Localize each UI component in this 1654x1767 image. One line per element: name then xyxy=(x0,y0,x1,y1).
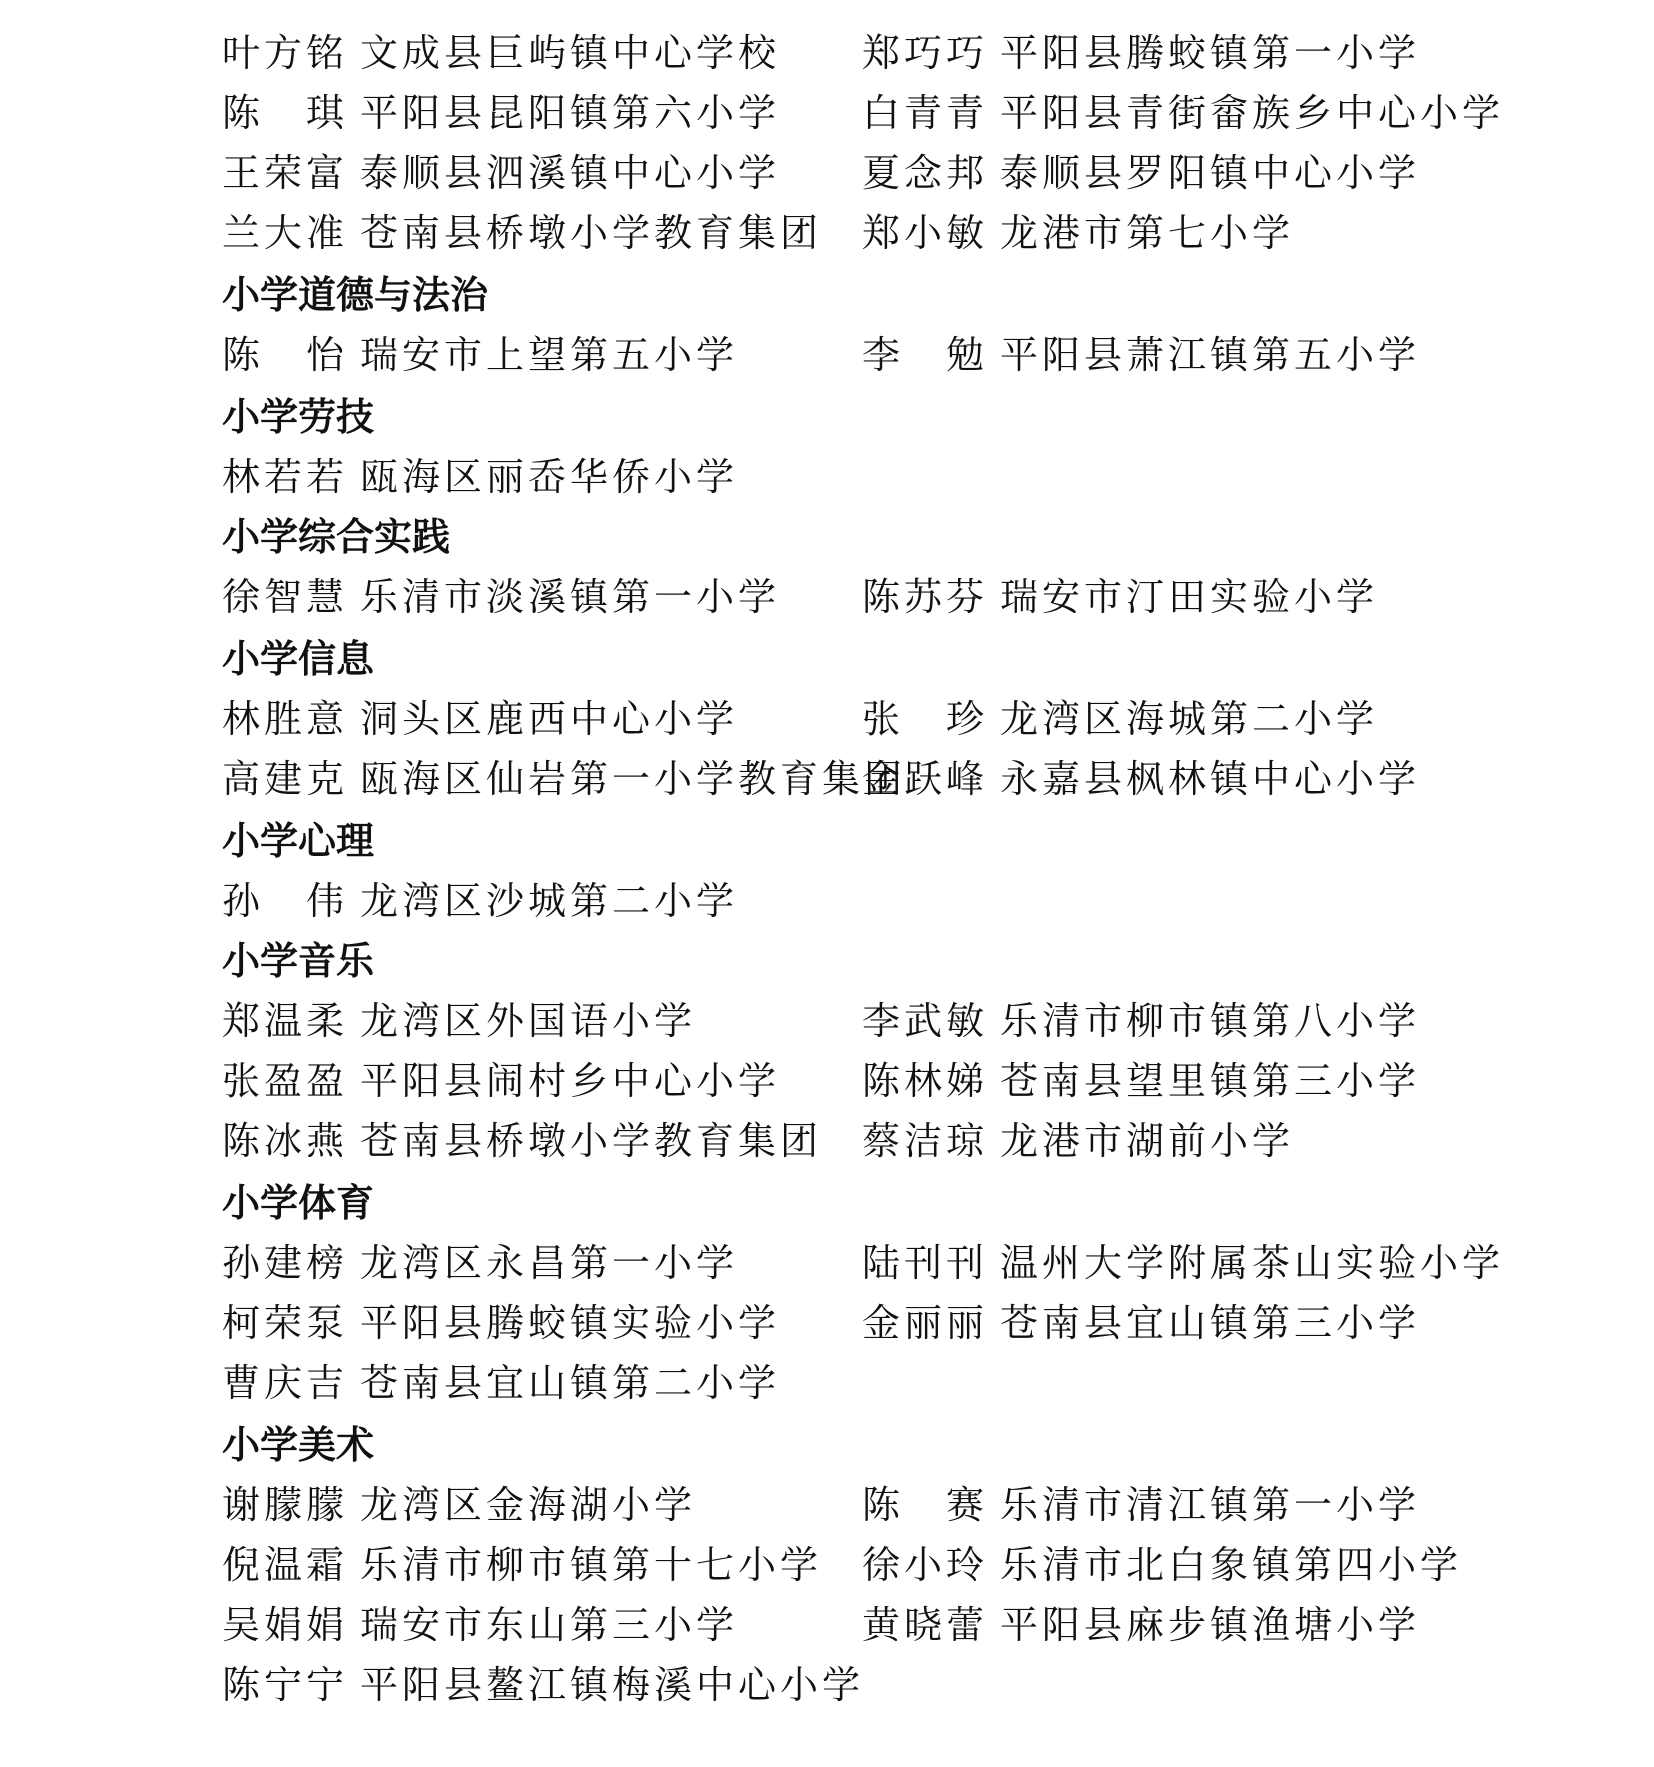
school-name: 平阳县鳌江镇梅溪中心小学 xyxy=(360,1660,864,1710)
school-name: 乐清市清江镇第一小学 xyxy=(1000,1480,1420,1530)
school-name: 龙湾区海城第二小学 xyxy=(1000,694,1378,744)
teacher-entry: 倪温霜乐清市柳市镇第十七小学 xyxy=(222,1540,822,1590)
teacher-name: 陆刊刊 xyxy=(862,1238,1000,1288)
entry-row: 陈冰燕苍南县桥墩小学教育集团蔡洁琼龙港市湖前小学 xyxy=(222,1116,1522,1166)
teacher-entry: 郑小敏龙港市第七小学 xyxy=(862,208,1294,258)
teacher-name: 张 珍 xyxy=(862,694,1000,744)
school-name: 苍南县桥墩小学教育集团 xyxy=(360,1116,822,1166)
school-name: 永嘉县枫林镇中心小学 xyxy=(1000,754,1420,804)
teacher-entry: 孙建榜龙湾区永昌第一小学 xyxy=(222,1238,738,1288)
teacher-name: 金跃峰 xyxy=(862,754,1000,804)
school-name: 乐清市柳市镇第八小学 xyxy=(1000,996,1420,1046)
school-name: 洞头区鹿西中心小学 xyxy=(360,694,738,744)
teacher-name: 陈 赛 xyxy=(862,1480,1000,1530)
teacher-name: 林胜意 xyxy=(222,694,360,744)
entry-row: 叶方铭文成县巨屿镇中心学校郑巧巧平阳县腾蛟镇第一小学 xyxy=(222,28,1522,78)
school-name: 龙湾区永昌第一小学 xyxy=(360,1238,738,1288)
teacher-name: 柯荣泵 xyxy=(222,1298,360,1348)
teacher-entry: 张 珍龙湾区海城第二小学 xyxy=(862,694,1378,744)
teacher-entry: 陈冰燕苍南县桥墩小学教育集团 xyxy=(222,1116,822,1166)
teacher-name: 叶方铭 xyxy=(222,28,360,78)
school-name: 乐清市北白象镇第四小学 xyxy=(1000,1540,1462,1590)
teacher-name: 曹庆吉 xyxy=(222,1358,360,1408)
teacher-name: 陈宁宁 xyxy=(222,1660,360,1710)
teacher-name: 林若若 xyxy=(222,452,360,502)
section-heading: 小学体育 xyxy=(222,1178,374,1228)
teacher-name: 孙建榜 xyxy=(222,1238,360,1288)
school-name: 瑞安市上望第五小学 xyxy=(360,330,738,380)
school-name: 瑞安市汀田实验小学 xyxy=(1000,572,1378,622)
entry-row: 陈 琪平阳县昆阳镇第六小学白青青平阳县青街畲族乡中心小学 xyxy=(222,88,1522,138)
teacher-name: 陈 琪 xyxy=(222,88,360,138)
teacher-name: 黄晓蕾 xyxy=(862,1600,1000,1650)
teacher-entry: 蔡洁琼龙港市湖前小学 xyxy=(862,1116,1294,1166)
entry-row: 吴娟娟瑞安市东山第三小学黄晓蕾平阳县麻步镇渔塘小学 xyxy=(222,1600,1522,1650)
school-name: 苍南县宜山镇第二小学 xyxy=(360,1358,780,1408)
teacher-entry: 陆刊刊温州大学附属茶山实验小学 xyxy=(862,1238,1504,1288)
teacher-name: 陈苏芬 xyxy=(862,572,1000,622)
school-name: 苍南县桥墩小学教育集团 xyxy=(360,208,822,258)
entry-row: 孙建榜龙湾区永昌第一小学陆刊刊温州大学附属茶山实验小学 xyxy=(222,1238,1522,1288)
school-name: 乐清市淡溪镇第一小学 xyxy=(360,572,780,622)
teacher-name: 兰大准 xyxy=(222,208,360,258)
school-name: 平阳县闹村乡中心小学 xyxy=(360,1056,780,1106)
teacher-name: 高建克 xyxy=(222,754,360,804)
teacher-name: 张盈盈 xyxy=(222,1056,360,1106)
school-name: 瓯海区仙岩第一小学教育集团 xyxy=(360,754,906,804)
school-name: 平阳县昆阳镇第六小学 xyxy=(360,88,780,138)
teacher-entry: 兰大准苍南县桥墩小学教育集团 xyxy=(222,208,822,258)
school-name: 平阳县腾蛟镇实验小学 xyxy=(360,1298,780,1348)
teacher-entry: 郑温柔龙湾区外国语小学 xyxy=(222,996,696,1046)
entry-row: 兰大准苍南县桥墩小学教育集团郑小敏龙港市第七小学 xyxy=(222,208,1522,258)
entry-row: 林胜意洞头区鹿西中心小学张 珍龙湾区海城第二小学 xyxy=(222,694,1522,744)
teacher-name: 金丽丽 xyxy=(862,1298,1000,1348)
teacher-name: 李武敏 xyxy=(862,996,1000,1046)
entry-row: 高建克瓯海区仙岩第一小学教育集团金跃峰永嘉县枫林镇中心小学 xyxy=(222,754,1522,804)
school-name: 温州大学附属茶山实验小学 xyxy=(1000,1238,1504,1288)
school-name: 泰顺县罗阳镇中心小学 xyxy=(1000,148,1420,198)
teacher-name: 谢朦朦 xyxy=(222,1480,360,1530)
entry-row: 曹庆吉苍南县宜山镇第二小学 xyxy=(222,1358,1522,1408)
entry-row: 徐智慧乐清市淡溪镇第一小学陈苏芬瑞安市汀田实验小学 xyxy=(222,572,1522,622)
teacher-entry: 张盈盈平阳县闹村乡中心小学 xyxy=(222,1056,780,1106)
teacher-name: 陈林娣 xyxy=(862,1056,1000,1106)
teacher-name: 郑温柔 xyxy=(222,996,360,1046)
school-name: 龙湾区金海湖小学 xyxy=(360,1480,696,1530)
entry-row: 王荣富泰顺县泗溪镇中心小学夏念邦泰顺县罗阳镇中心小学 xyxy=(222,148,1522,198)
teacher-name: 郑小敏 xyxy=(862,208,1000,258)
entry-row: 陈宁宁平阳县鳌江镇梅溪中心小学 xyxy=(222,1660,1522,1710)
teacher-name: 吴娟娟 xyxy=(222,1600,360,1650)
school-name: 苍南县宜山镇第三小学 xyxy=(1000,1298,1420,1348)
teacher-entry: 黄晓蕾平阳县麻步镇渔塘小学 xyxy=(862,1600,1420,1650)
teacher-entry: 孙 伟龙湾区沙城第二小学 xyxy=(222,876,738,926)
teacher-entry: 叶方铭文成县巨屿镇中心学校 xyxy=(222,28,780,78)
teacher-name: 徐智慧 xyxy=(222,572,360,622)
teacher-name: 郑巧巧 xyxy=(862,28,1000,78)
teacher-name: 倪温霜 xyxy=(222,1540,360,1590)
teacher-entry: 陈宁宁平阳县鳌江镇梅溪中心小学 xyxy=(222,1660,864,1710)
teacher-entry: 郑巧巧平阳县腾蛟镇第一小学 xyxy=(862,28,1420,78)
teacher-entry: 徐小玲乐清市北白象镇第四小学 xyxy=(862,1540,1462,1590)
school-name: 文成县巨屿镇中心学校 xyxy=(360,28,780,78)
teacher-name: 王荣富 xyxy=(222,148,360,198)
teacher-name: 陈 怡 xyxy=(222,330,360,380)
teacher-name: 陈冰燕 xyxy=(222,1116,360,1166)
teacher-name: 白青青 xyxy=(862,88,1000,138)
teacher-entry: 李武敏乐清市柳市镇第八小学 xyxy=(862,996,1420,1046)
school-name: 平阳县青街畲族乡中心小学 xyxy=(1000,88,1504,138)
section-heading: 小学综合实践 xyxy=(222,512,450,562)
teacher-entry: 林胜意洞头区鹿西中心小学 xyxy=(222,694,738,744)
teacher-entry: 陈 赛乐清市清江镇第一小学 xyxy=(862,1480,1420,1530)
section-heading: 小学心理 xyxy=(222,816,374,866)
school-name: 瑞安市东山第三小学 xyxy=(360,1600,738,1650)
entry-row: 谢朦朦龙湾区金海湖小学陈 赛乐清市清江镇第一小学 xyxy=(222,1480,1522,1530)
entry-row: 张盈盈平阳县闹村乡中心小学陈林娣苍南县望里镇第三小学 xyxy=(222,1056,1522,1106)
school-name: 瓯海区丽岙华侨小学 xyxy=(360,452,738,502)
school-name: 乐清市柳市镇第十七小学 xyxy=(360,1540,822,1590)
teacher-entry: 夏念邦泰顺县罗阳镇中心小学 xyxy=(862,148,1420,198)
school-name: 平阳县萧江镇第五小学 xyxy=(1000,330,1420,380)
school-name: 龙港市湖前小学 xyxy=(1000,1116,1294,1166)
teacher-entry: 王荣富泰顺县泗溪镇中心小学 xyxy=(222,148,780,198)
teacher-entry: 林若若瓯海区丽岙华侨小学 xyxy=(222,452,738,502)
section-heading: 小学美术 xyxy=(222,1420,374,1470)
section-heading: 小学道德与法治 xyxy=(222,270,488,320)
entry-row: 倪温霜乐清市柳市镇第十七小学徐小玲乐清市北白象镇第四小学 xyxy=(222,1540,1522,1590)
section-heading: 小学劳技 xyxy=(222,392,374,442)
school-name: 苍南县望里镇第三小学 xyxy=(1000,1056,1420,1106)
teacher-name: 徐小玲 xyxy=(862,1540,1000,1590)
teacher-entry: 谢朦朦龙湾区金海湖小学 xyxy=(222,1480,696,1530)
school-name: 龙港市第七小学 xyxy=(1000,208,1294,258)
entry-row: 林若若瓯海区丽岙华侨小学 xyxy=(222,452,1522,502)
section-heading: 小学音乐 xyxy=(222,936,374,986)
teacher-entry: 曹庆吉苍南县宜山镇第二小学 xyxy=(222,1358,780,1408)
teacher-entry: 陈苏芬瑞安市汀田实验小学 xyxy=(862,572,1378,622)
teacher-entry: 白青青平阳县青街畲族乡中心小学 xyxy=(862,88,1504,138)
teacher-entry: 陈林娣苍南县望里镇第三小学 xyxy=(862,1056,1420,1106)
entry-row: 柯荣泵平阳县腾蛟镇实验小学金丽丽苍南县宜山镇第三小学 xyxy=(222,1298,1522,1348)
teacher-entry: 高建克瓯海区仙岩第一小学教育集团 xyxy=(222,754,906,804)
school-name: 龙湾区外国语小学 xyxy=(360,996,696,1046)
school-name: 龙湾区沙城第二小学 xyxy=(360,876,738,926)
teacher-name: 李 勉 xyxy=(862,330,1000,380)
section-heading: 小学信息 xyxy=(222,634,374,684)
school-name: 泰顺县泗溪镇中心小学 xyxy=(360,148,780,198)
teacher-entry: 陈 琪平阳县昆阳镇第六小学 xyxy=(222,88,780,138)
entry-row: 孙 伟龙湾区沙城第二小学 xyxy=(222,876,1522,926)
teacher-name: 孙 伟 xyxy=(222,876,360,926)
teacher-entry: 柯荣泵平阳县腾蛟镇实验小学 xyxy=(222,1298,780,1348)
teacher-entry: 金跃峰永嘉县枫林镇中心小学 xyxy=(862,754,1420,804)
teacher-entry: 吴娟娟瑞安市东山第三小学 xyxy=(222,1600,738,1650)
entry-row: 郑温柔龙湾区外国语小学李武敏乐清市柳市镇第八小学 xyxy=(222,996,1522,1046)
teacher-entry: 陈 怡瑞安市上望第五小学 xyxy=(222,330,738,380)
teacher-entry: 金丽丽苍南县宜山镇第三小学 xyxy=(862,1298,1420,1348)
school-name: 平阳县麻步镇渔塘小学 xyxy=(1000,1600,1420,1650)
school-name: 平阳县腾蛟镇第一小学 xyxy=(1000,28,1420,78)
teacher-name: 蔡洁琼 xyxy=(862,1116,1000,1166)
teacher-name: 夏念邦 xyxy=(862,148,1000,198)
teacher-entry: 李 勉平阳县萧江镇第五小学 xyxy=(862,330,1420,380)
entry-row: 陈 怡瑞安市上望第五小学李 勉平阳县萧江镇第五小学 xyxy=(222,330,1522,380)
teacher-entry: 徐智慧乐清市淡溪镇第一小学 xyxy=(222,572,780,622)
